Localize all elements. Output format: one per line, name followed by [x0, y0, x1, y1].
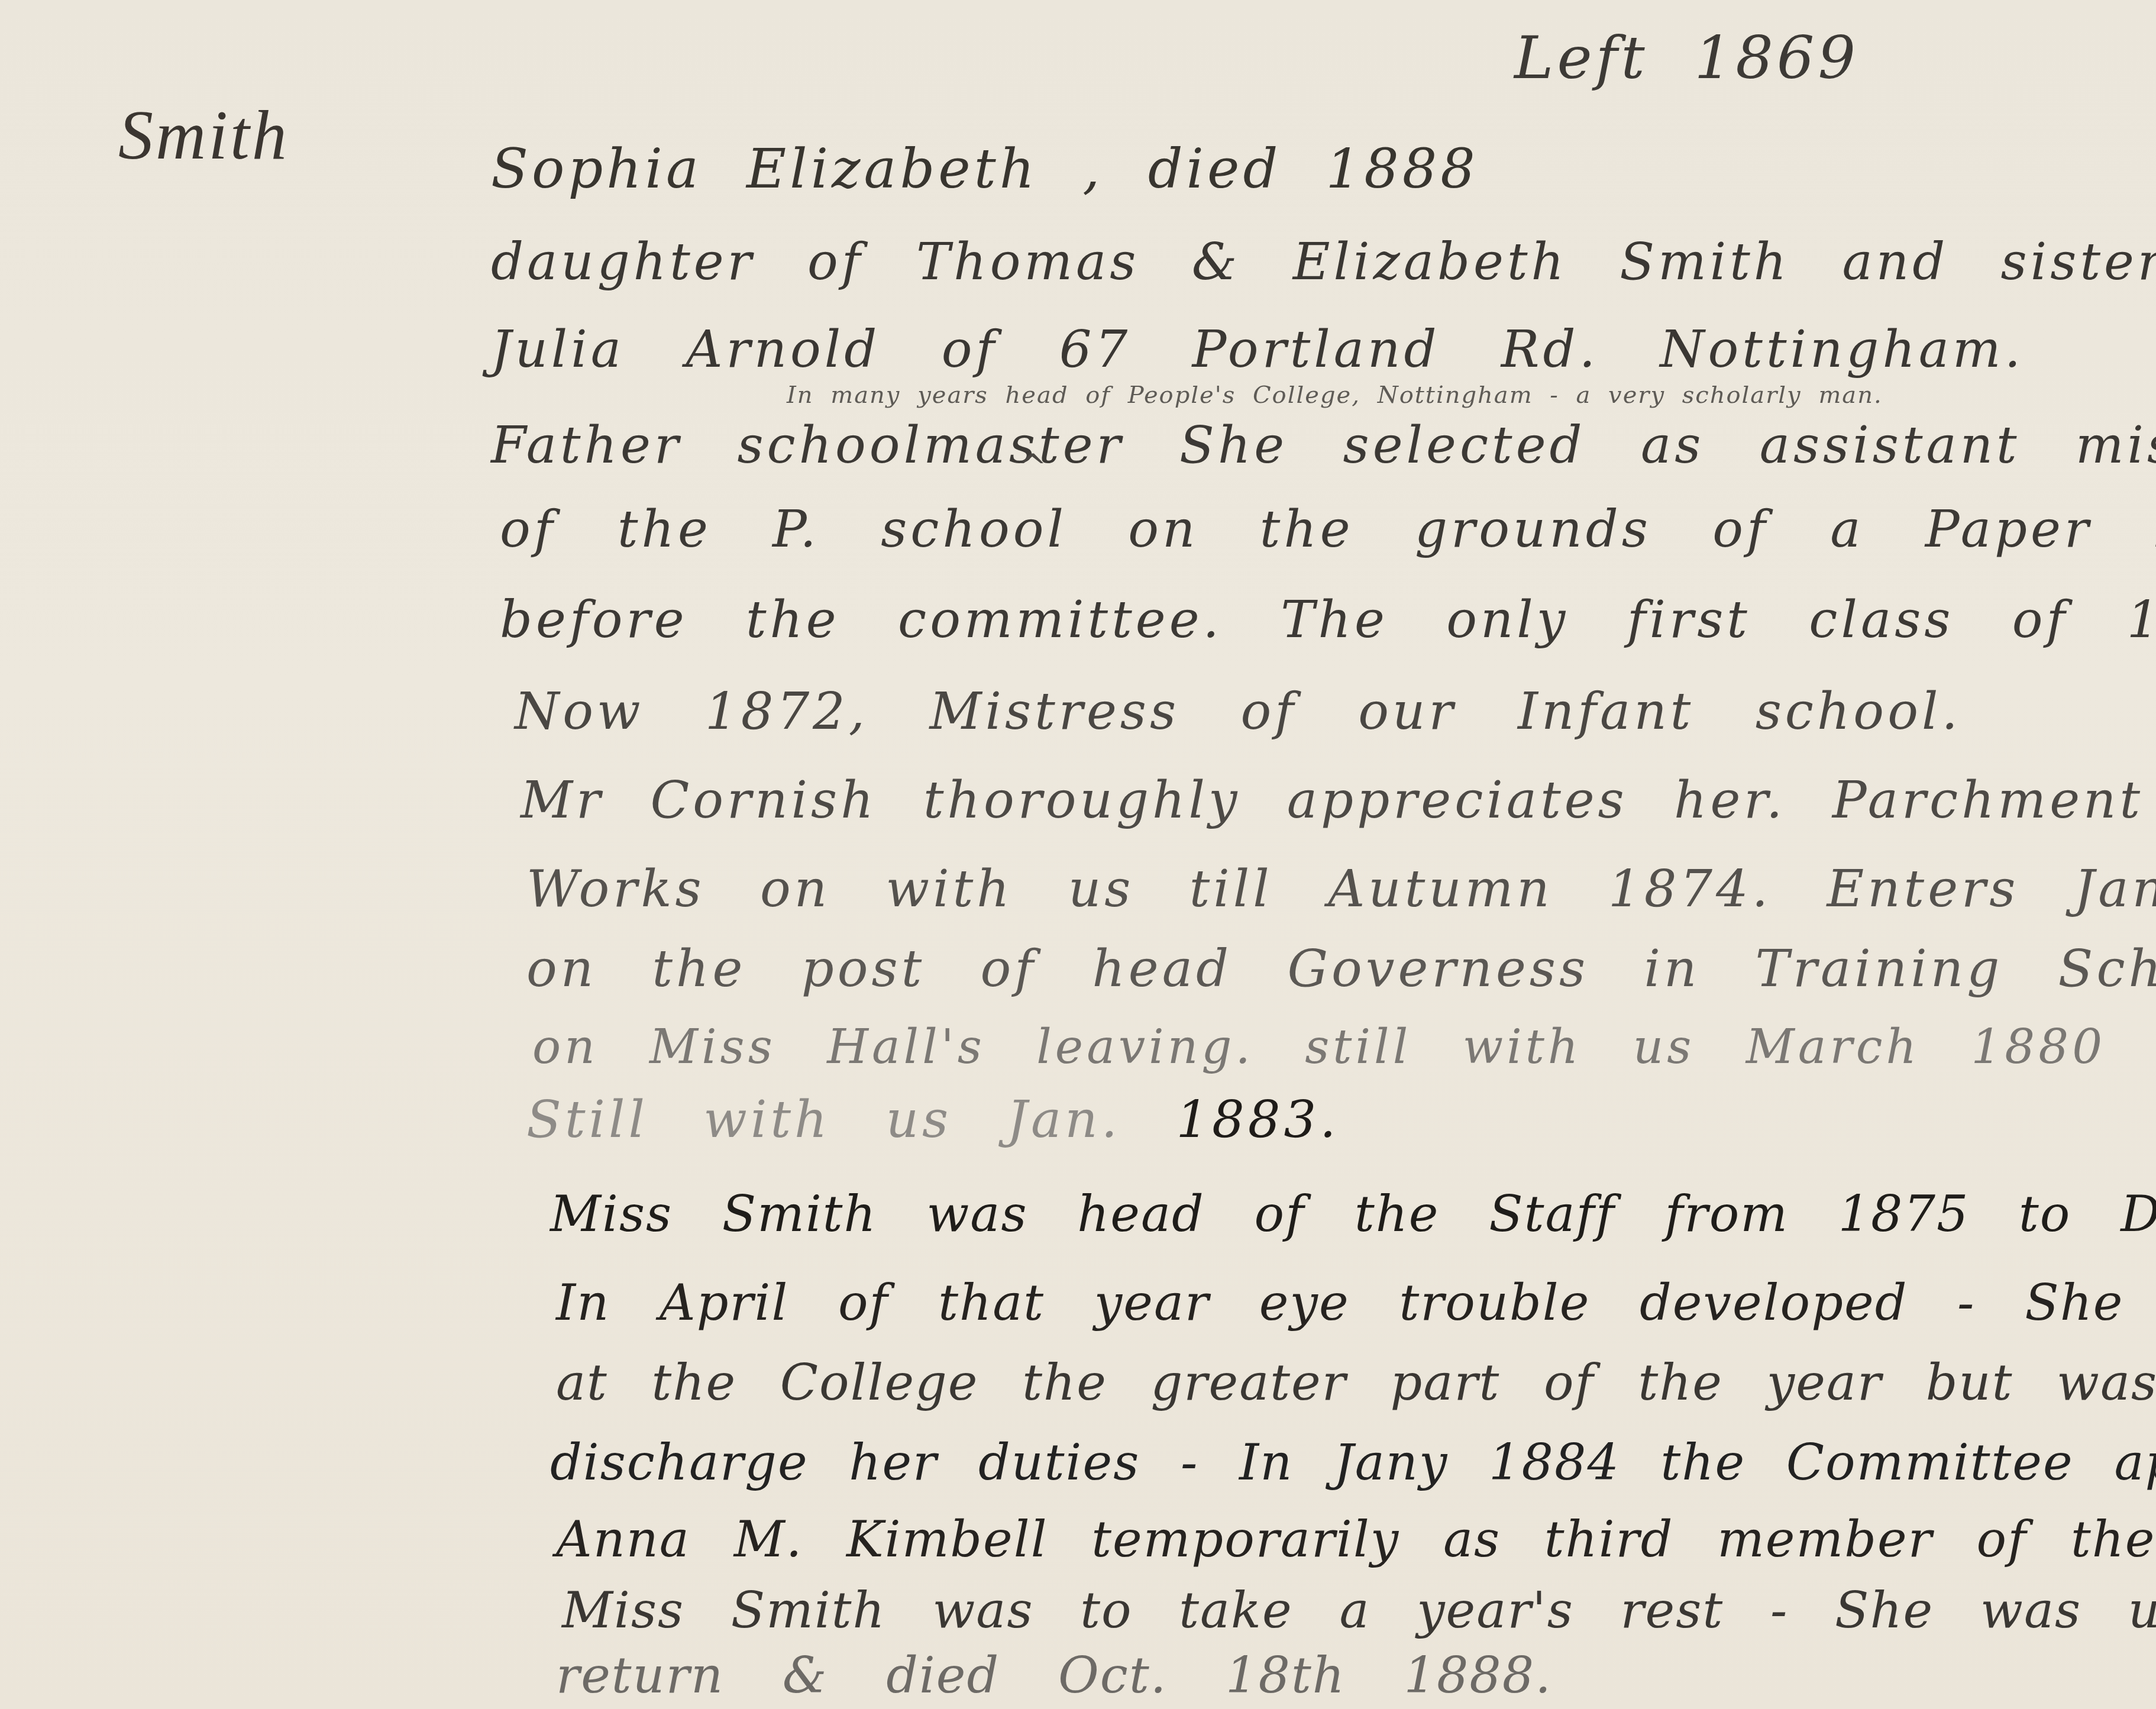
- later-note-line: In April of that year eye trouble develo…: [556, 1278, 2156, 1327]
- later-note-line: Miss Smith was head of the Staff from 18…: [550, 1189, 2156, 1239]
- entry-line: Mr Cornish thoroughly appreciates her. P…: [521, 775, 2156, 826]
- entry-line: Julia Arnold of 67 Portland Rd. Nottingh…: [491, 324, 2024, 375]
- later-note-line: at the College the greater part of the y…: [556, 1358, 2156, 1407]
- later-note-line: Anna M. Kimbell temporarily as third mem…: [556, 1514, 2156, 1564]
- entry-line: before the committee. The only first cla…: [500, 595, 2156, 645]
- still-with-us-text: Still with us Jan.: [526, 1090, 1121, 1149]
- still-with-us-year: 1883.: [1176, 1090, 1339, 1149]
- entry-line: on the post of head Governess in Trainin…: [526, 944, 2156, 994]
- later-note-line: discharge her duties - In Jany 1884 the …: [550, 1437, 2156, 1487]
- entry-line: Works on with us till Autumn 1874. Enter…: [526, 864, 2156, 915]
- still-with-us-line: Still with us Jan. 1883.: [526, 1094, 1340, 1145]
- entry-line: of the P. school on the grounds of a Pap…: [500, 504, 2156, 555]
- left-date-note: Left 1869: [1514, 28, 1859, 88]
- later-note-line: Miss Smith was to take a year's rest - S…: [562, 1585, 2156, 1635]
- entry-line: Now 1872, Mistress of our Infant school.: [515, 686, 1961, 737]
- entry-line: on Miss Hall's leaving. still with us Ma…: [532, 1023, 2106, 1071]
- surname-heading: Smith: [118, 101, 289, 170]
- register-page: Smith Left 1869 Sophia Elizabeth , died …: [0, 0, 2156, 1709]
- entry-name-line: Sophia Elizabeth , died 1888: [491, 142, 1479, 196]
- later-note-line: return & died Oct. 18th 1888.: [556, 1650, 1552, 1700]
- entry-line: Father schoolmaster She selected as assi…: [491, 420, 2156, 471]
- entry-line: daughter of Thomas & Elizabeth Smith and…: [491, 237, 2156, 287]
- interlinear-note: In many years head of People's College, …: [787, 383, 1883, 407]
- insertion-caret: ^: [1017, 450, 1050, 485]
